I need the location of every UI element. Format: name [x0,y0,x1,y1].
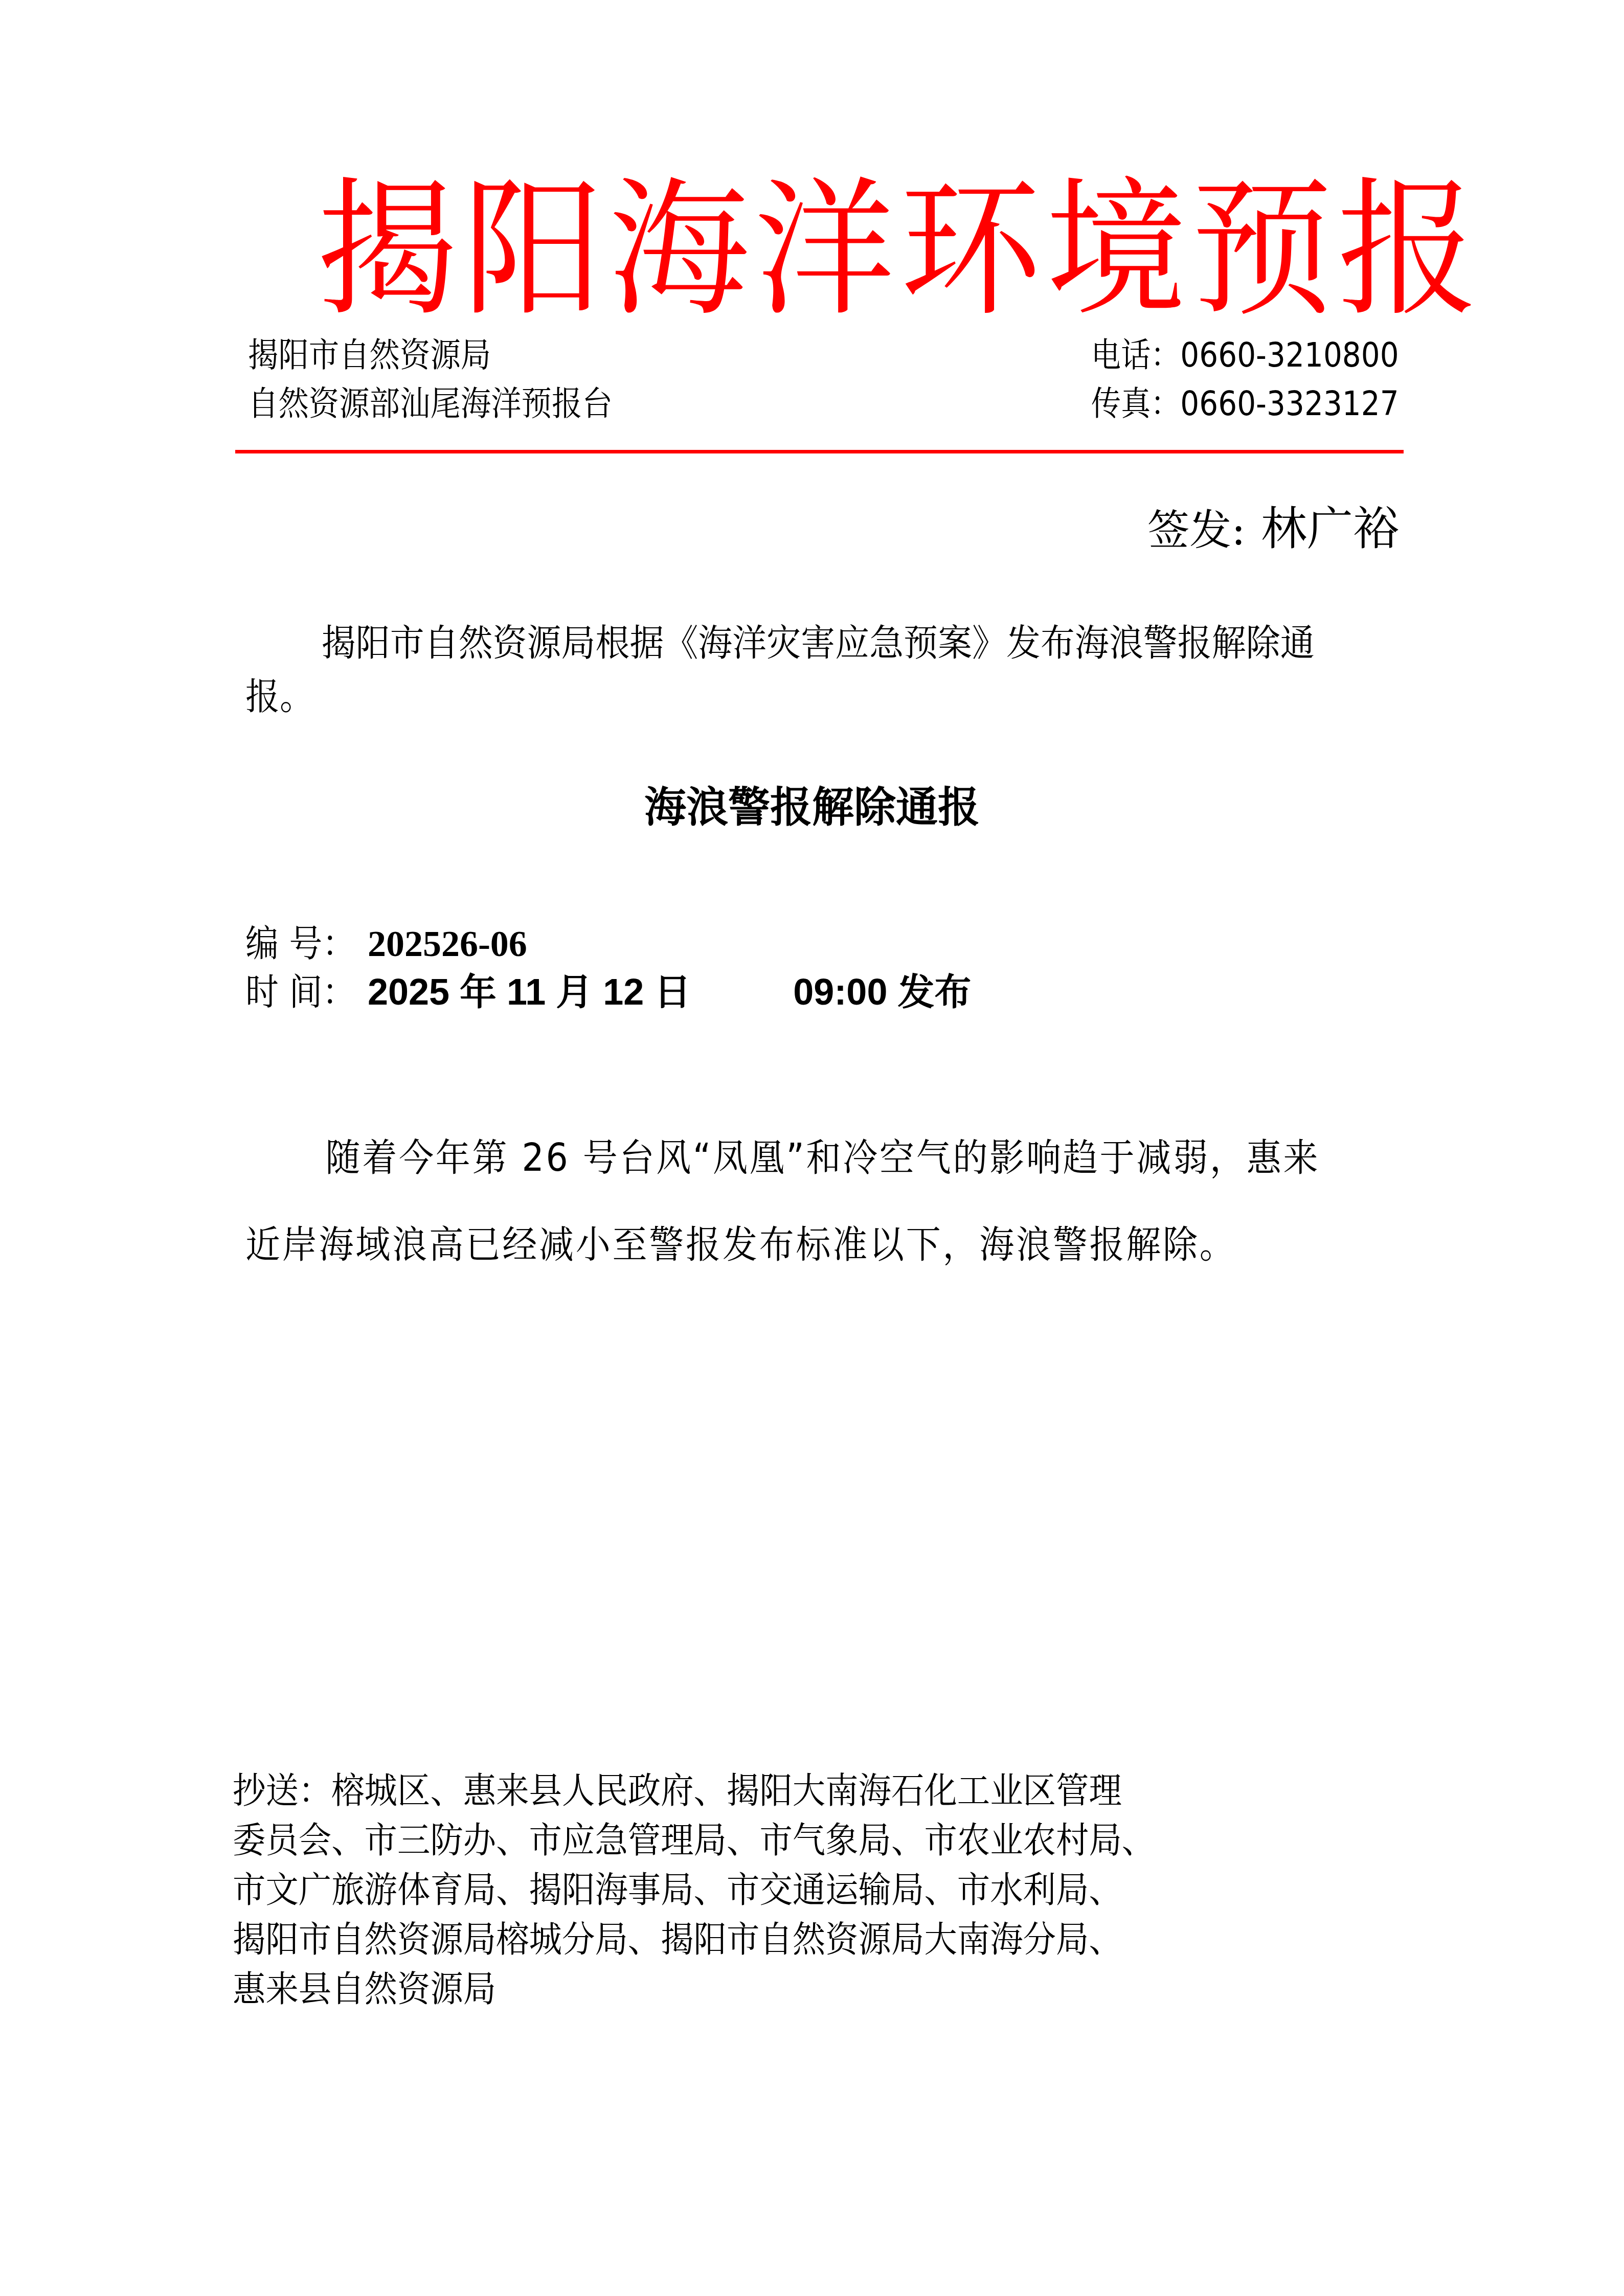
notice-number-line: 编 号：202526-06 [245,920,527,967]
org-line-city-bureau: 揭阳市自然资源局 [248,335,491,376]
notice-number-value: 202526-06 [368,923,527,964]
notice-date-value: 2025 年 11 月 12 日 [368,972,691,1013]
notice-time-line: 时 间：2025 年 11 月 12 日09:00 发布 [245,969,971,1015]
cc-line: 惠来县自然资源局 [233,1965,1315,2014]
intro-paragraph: 揭阳市自然资源局根据《海洋灾害应急预案》发布海浪警报解除通报。 [245,616,1329,723]
contact-phone-value: 0660-3210800 [1181,335,1399,375]
cc-line: 揭阳市自然资源局榕城分局、揭阳市自然资源局大南海分局、 [233,1915,1315,1965]
notice-number-label: 编 号： [245,920,355,966]
contact-phone-label: 电话： [1091,335,1180,375]
header-divider [235,450,1404,453]
signer: 签发:林广裕 [1147,504,1399,556]
contact-phone: 电话：0660-3210800 [1091,335,1399,376]
contact-fax-label: 传真： [1091,384,1180,423]
contact-fax: 传真：0660-3323127 [1091,383,1399,424]
body-paragraph: 随着今年第 26 号台风“凤凰”和冷空气的影响趋于减弱，惠来近岸海域浪高已经减小… [245,1115,1327,1288]
cc-line: 市文广旅游体育局、揭阳海事局、市交通运输局、市水利局、 [233,1866,1315,1915]
cc-recipients: 抄送：榕城区、惠来县人民政府、揭阳大南海石化工业区管理 委员会、市三防办、市应急… [233,1766,1315,2014]
signer-name: 林广裕 [1261,502,1399,556]
notice-time-value: 09:00 发布 [793,972,971,1013]
masthead-title: 揭阳海洋环境预报 [317,169,1483,332]
cc-line: 抄送：榕城区、惠来县人民政府、揭阳大南海石化工业区管理 [233,1766,1315,1816]
notice-time-label: 时 间： [245,969,355,1015]
body-text: 随着今年第 26 号台风“凤凰”和冷空气的影响趋于减弱，惠来近岸海域浪高已经减小… [245,1136,1320,1267]
signer-label: 签发: [1147,506,1246,555]
intro-text: 揭阳市自然资源局根据《海洋灾害应急预案》发布海浪警报解除通报。 [245,621,1315,718]
contact-fax-value: 0660-3323127 [1181,384,1399,423]
notice-title: 海浪警报解除通报 [0,782,1624,833]
org-line-forecast-station: 自然资源部汕尾海洋预报台 [248,383,613,424]
cc-line: 委员会、市三防办、市应急管理局、市气象局、市农业农村局、 [233,1816,1315,1866]
